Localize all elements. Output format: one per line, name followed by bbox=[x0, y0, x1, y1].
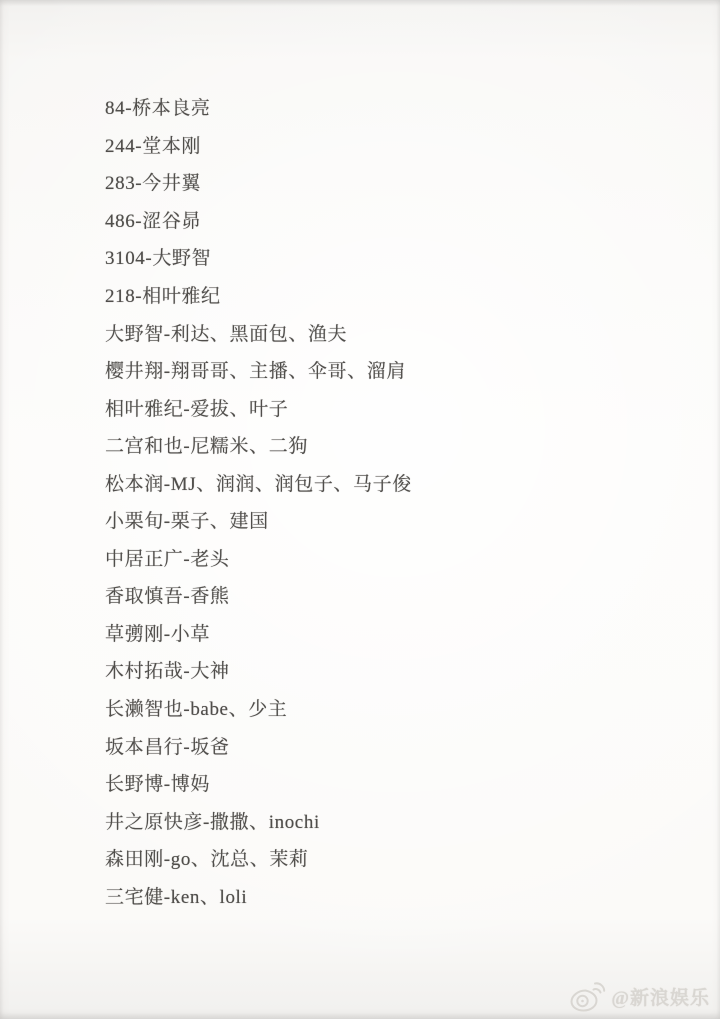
list-item-text: 3104-大野智 bbox=[105, 243, 211, 270]
list-item-text: 长野博-博妈 bbox=[105, 769, 210, 796]
list-item-text: 草彅刚-小草 bbox=[105, 619, 210, 646]
list-item: 木村拓哉-大神 bbox=[105, 651, 700, 689]
list-item-text: 松本润-MJ、润润、润包子、马子俊 bbox=[105, 469, 412, 496]
list-item: 中居正广-老头 bbox=[105, 539, 700, 577]
list-item: 樱井翔-翔哥哥、主播、伞哥、溜肩 bbox=[105, 351, 700, 389]
list-item: 244-堂本刚 bbox=[105, 126, 700, 164]
list-item: 218-相叶雅纪 bbox=[105, 276, 700, 314]
list-item: 3104-大野智 bbox=[105, 238, 700, 276]
list-item-text: 283-今井翼 bbox=[105, 168, 201, 195]
list-item-text: 长濑智也-babe、少主 bbox=[105, 694, 287, 721]
list-item-text: 小栗旬-栗子、建国 bbox=[105, 506, 269, 533]
list-item-text: 香取慎吾-香熊 bbox=[105, 581, 230, 608]
list-item: 长濑智也-babe、少主 bbox=[105, 689, 700, 727]
list-item-text: 相叶雅纪-爱拔、叶子 bbox=[105, 394, 288, 421]
list-item: 长野博-博妈 bbox=[105, 764, 700, 802]
list-item: 84-桥本良亮 bbox=[105, 88, 700, 126]
list-item: 二宫和也-尼糯米、二狗 bbox=[105, 426, 700, 464]
list-item-text: 森田刚-go、沈总、茉莉 bbox=[105, 844, 309, 871]
list-item-text: 木村拓哉-大神 bbox=[105, 656, 230, 683]
list-item-text: 84-桥本良亮 bbox=[105, 93, 211, 120]
list-item: 相叶雅纪-爱拔、叶子 bbox=[105, 388, 700, 426]
list-item-text: 218-相叶雅纪 bbox=[105, 281, 221, 308]
list-item: 486-涩谷昴 bbox=[105, 201, 700, 239]
list-item: 小栗旬-栗子、建国 bbox=[105, 501, 700, 539]
list-item-text: 中居正广-老头 bbox=[105, 544, 230, 571]
list-item: 香取慎吾-香熊 bbox=[105, 576, 700, 614]
list-item-text: 樱井翔-翔哥哥、主播、伞哥、溜肩 bbox=[105, 356, 406, 383]
list-item-text: 坂本昌行-坂爸 bbox=[105, 732, 230, 759]
watermark: @新浪娱乐 bbox=[568, 980, 710, 1013]
list-item: 283-今井翼 bbox=[105, 163, 700, 201]
list-item: 井之原快彦-撒撒、inochi bbox=[105, 801, 700, 839]
list-item-text: 三宅健-ken、loli bbox=[105, 882, 247, 909]
list-item: 坂本昌行-坂爸 bbox=[105, 726, 700, 764]
list-item: 大野智-利达、黑面包、渔夫 bbox=[105, 313, 700, 351]
weibo-logo-icon bbox=[568, 980, 606, 1013]
list-item-text: 井之原快彦-撒撒、inochi bbox=[105, 807, 320, 834]
document-page: 84-桥本良亮 244-堂本刚 283-今井翼 486-涩谷昴 3104-大野智… bbox=[0, 0, 720, 1019]
list-item-text: 244-堂本刚 bbox=[105, 131, 201, 158]
list-item: 三宅健-ken、loli bbox=[105, 876, 700, 914]
list-item: 草彅刚-小草 bbox=[105, 614, 700, 652]
list-item: 松本润-MJ、润润、润包子、马子俊 bbox=[105, 463, 700, 501]
list-item-text: 二宫和也-尼糯米、二狗 bbox=[105, 431, 308, 458]
list-item: 森田刚-go、沈总、茉莉 bbox=[105, 839, 700, 877]
name-list: 84-桥本良亮 244-堂本刚 283-今井翼 486-涩谷昴 3104-大野智… bbox=[105, 88, 700, 914]
list-item-text: 大野智-利达、黑面包、渔夫 bbox=[105, 319, 347, 346]
list-item-text: 486-涩谷昴 bbox=[105, 206, 201, 233]
watermark-label: @新浪娱乐 bbox=[611, 983, 710, 1010]
